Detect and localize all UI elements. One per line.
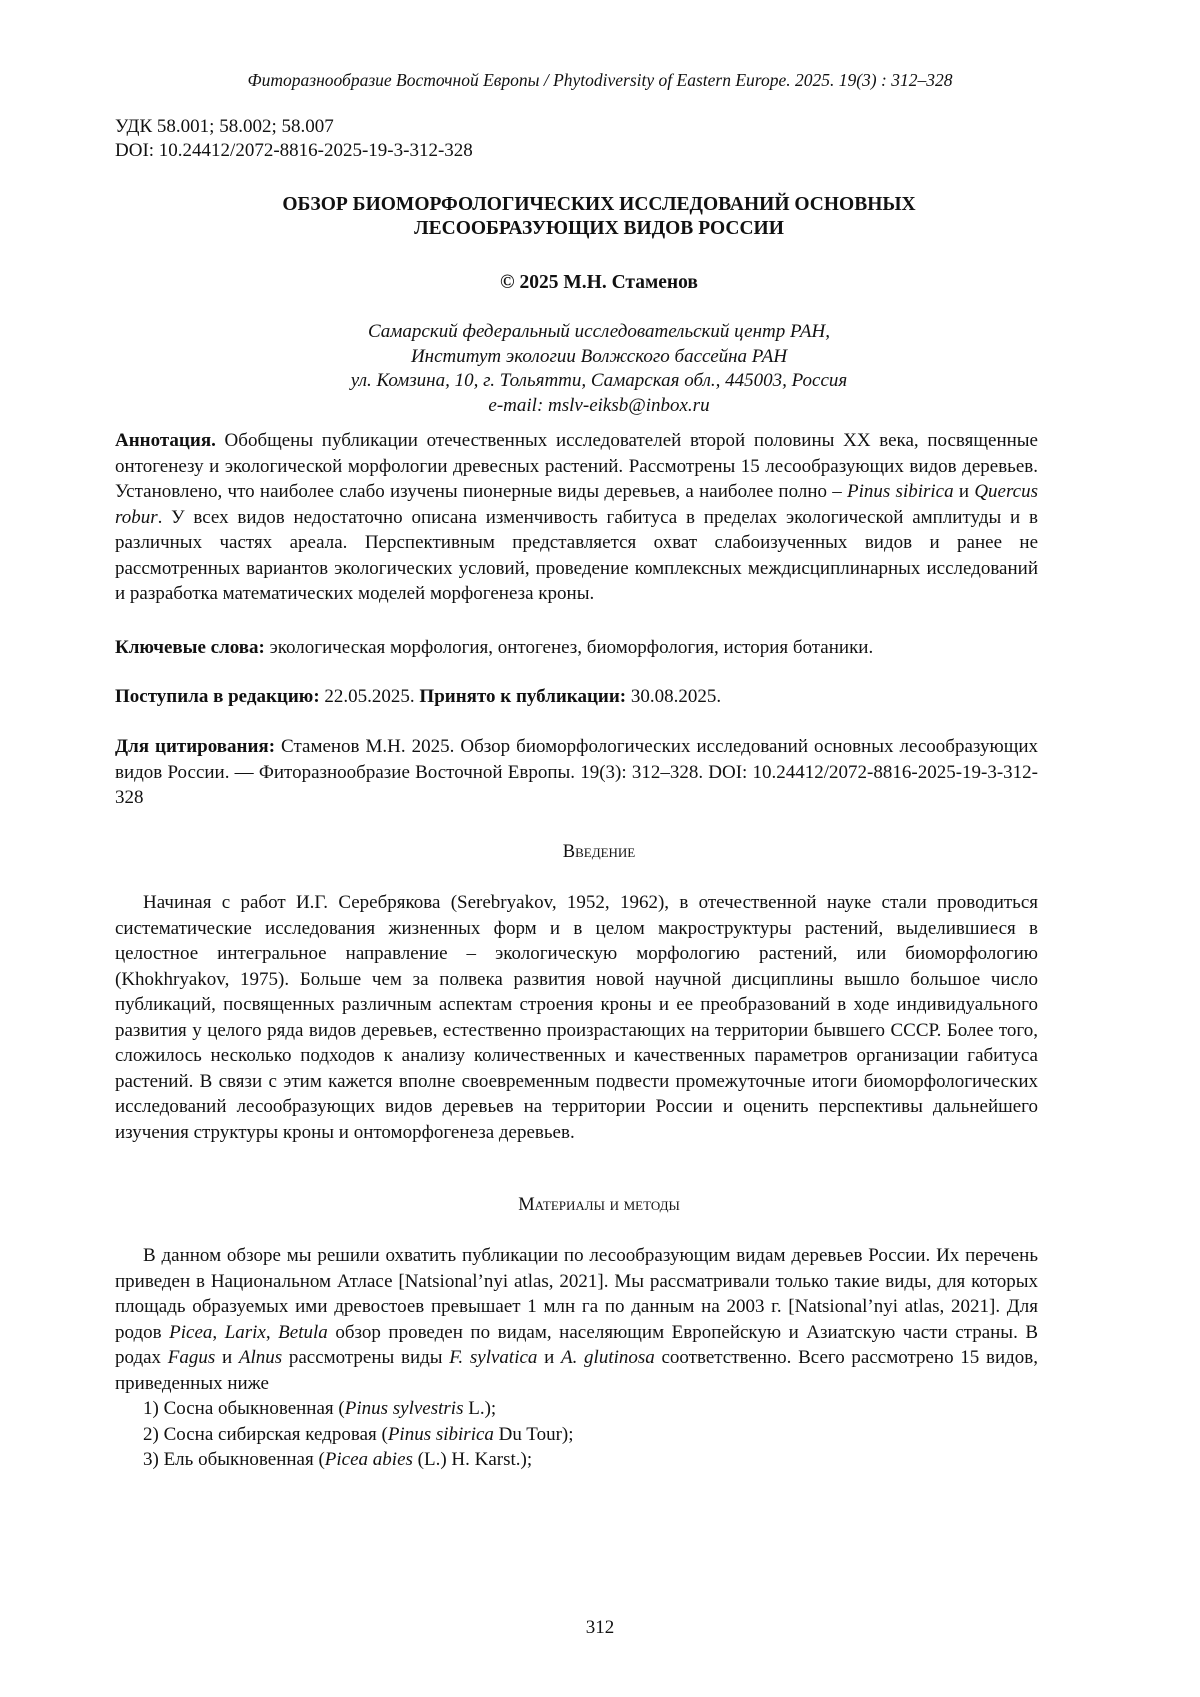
author: © 2025 М.Н. Стаменов <box>115 272 1083 294</box>
genus-name: Betula <box>278 1322 328 1343</box>
species-list-item: 1) Сосна обыкновенная (Pinus sylvestris … <box>115 1396 1038 1422</box>
genus-name: Larix <box>225 1322 266 1343</box>
abstract-text: . У всех видов недостаточно описана изме… <box>115 507 1038 605</box>
affiliation-line: Самарский федеральный исследовательский … <box>115 320 1083 345</box>
text: 3) Ель обыкновенная ( <box>143 1449 325 1470</box>
species-name: Picea abies <box>325 1449 413 1470</box>
species-list-item: 2) Сосна сибирская кедровая (Pinus sibir… <box>115 1422 1038 1448</box>
text: L.); <box>463 1398 496 1419</box>
paragraph: В данном обзоре мы решили охватить публи… <box>115 1243 1038 1396</box>
genus-name: Picea <box>169 1322 212 1343</box>
abstract: Аннотация. Обобщены публикации отечестве… <box>115 428 1038 607</box>
title-line-2: ЛЕСООБРАЗУЮЩИХ ВИДОВ РОССИИ <box>115 217 1083 241</box>
paragraph: Начиная с работ И.Г. Серебрякова (Serebr… <box>115 890 1038 1145</box>
citation-label: Для цитирования: <box>115 736 275 757</box>
keywords-text: экологическая морфология, онтогенез, био… <box>265 637 873 658</box>
species-name: Pinus sibirica <box>847 481 954 502</box>
species-name: F. sylvatica <box>449 1347 537 1368</box>
article-title: ОБЗОР БИОМОРФОЛОГИЧЕСКИХ ИССЛЕДОВАНИЙ ОС… <box>115 193 1083 241</box>
accepted-date: 30.08.2025. <box>626 686 721 707</box>
title-line-1: ОБЗОР БИОМОРФОЛОГИЧЕСКИХ ИССЛЕДОВАНИЙ ОС… <box>115 193 1083 217</box>
affiliation-line: Институт экологии Волжского бассейна РАН <box>115 345 1083 370</box>
species-name: Pinus sylvestris <box>345 1398 464 1419</box>
text: , <box>212 1322 224 1343</box>
article-meta: УДК 58.001; 58.002; 58.007 DOI: 10.24412… <box>115 115 473 163</box>
udk-code: УДК 58.001; 58.002; 58.007 <box>115 115 473 139</box>
received-date: 22.05.2025. <box>320 686 420 707</box>
text: 1) Сосна обыкновенная ( <box>143 1398 345 1419</box>
dates: Поступила в редакцию: 22.05.2025. Принят… <box>115 684 1038 710</box>
text: и <box>215 1347 239 1368</box>
species-name: A. glutinosa <box>561 1347 655 1368</box>
section-heading-introduction: Введение <box>115 842 1083 863</box>
introduction-text: Начиная с работ И.Г. Серебрякова (Serebr… <box>115 890 1038 1145</box>
keywords-label: Ключевые слова: <box>115 637 265 658</box>
species-list-item: 3) Ель обыкновенная (Picea abies (L.) H.… <box>115 1447 1038 1473</box>
genus-name: Alnus <box>239 1347 282 1368</box>
section-heading-methods: Материалы и методы <box>115 1195 1083 1216</box>
author-email[interactable]: e-mail: mslv-eiksb@inbox.ru <box>115 394 1083 419</box>
running-head: Фиторазнообразие Восточной Европы / Phyt… <box>0 70 1200 91</box>
page-number: 312 <box>0 1617 1200 1639</box>
text: (L.) H. Karst.); <box>413 1449 532 1470</box>
affiliation-address: ул. Комзина, 10, г. Тольятти, Самарская … <box>115 369 1083 394</box>
doi: DOI: 10.24412/2072-8816-2025-19-3-312-32… <box>115 139 473 163</box>
received-label: Поступила в редакцию: <box>115 686 320 707</box>
text: Du Tour); <box>494 1424 574 1445</box>
affiliation: Самарский федеральный исследовательский … <box>115 320 1083 418</box>
text: , <box>266 1322 278 1343</box>
citation: Для цитирования: Стаменов М.Н. 2025. Обз… <box>115 734 1038 811</box>
abstract-text: и <box>954 481 975 502</box>
species-name: Pinus sibirica <box>388 1424 494 1445</box>
methods-text: В данном обзоре мы решили охватить публи… <box>115 1243 1038 1473</box>
accepted-label: Принято к публикации: <box>419 686 626 707</box>
keywords: Ключевые слова: экологическая морфология… <box>115 635 1038 661</box>
paper-page: Фиторазнообразие Восточной Европы / Phyt… <box>0 0 1200 1697</box>
text: и <box>537 1347 561 1368</box>
text: рассмотрены виды <box>282 1347 449 1368</box>
text: 2) Сосна сибирская кедровая ( <box>143 1424 388 1445</box>
genus-name: Fagus <box>168 1347 216 1368</box>
abstract-label: Аннотация. <box>115 430 216 451</box>
